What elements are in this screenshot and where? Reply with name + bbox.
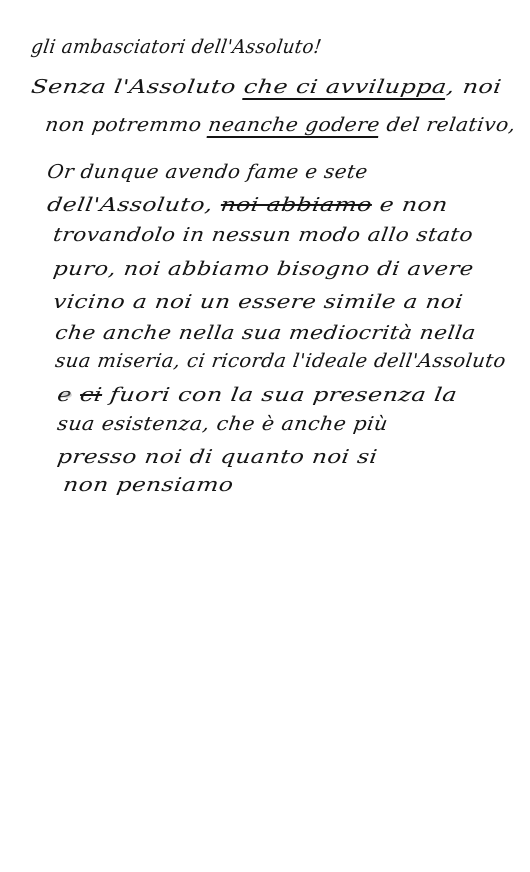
line-text: presso noi di quanto noi si	[56, 446, 379, 468]
underlined-text: neanche godere	[207, 114, 382, 136]
manuscript-line: sua miseria, ci ricorda l'ideale dell'As…	[54, 352, 507, 371]
manuscript-line: Or dunque avendo fame e sete	[46, 163, 369, 182]
line-text: non potremmo	[44, 114, 210, 136]
manuscript-line: gli ambasciatori dell'Assoluto!	[30, 38, 323, 57]
line-text: dell'Assoluto,	[46, 194, 223, 216]
struck-text: noi abbiamo	[219, 194, 373, 216]
line-text: e non	[370, 194, 449, 216]
line-text: vicino a noi un essere simile a noi	[52, 291, 465, 313]
ink-smudge	[62, 392, 72, 398]
line-text: Senza l'Assoluto	[30, 76, 246, 98]
line-text: trovandolo in nessun modo allo stato	[52, 224, 475, 246]
line-text: che anche nella sua mediocrità nella	[54, 322, 478, 344]
manuscript-line: presso noi di quanto noi si	[56, 448, 379, 467]
line-text: del relativo,	[378, 114, 517, 136]
line-text: Or dunque avendo fame e sete	[46, 161, 369, 183]
line-text: , noi	[445, 76, 503, 98]
line-text: gli ambasciatori dell'Assoluto!	[30, 36, 323, 58]
manuscript-line: dell'Assoluto, noi abbiamo e non	[46, 196, 449, 215]
manuscript-page: gli ambasciatori dell'Assoluto!Senza l'A…	[0, 0, 530, 872]
line-text: sua miseria, ci ricorda l'ideale dell'As…	[54, 350, 507, 372]
manuscript-line: puro, noi abbiamo bisogno di avere	[52, 260, 475, 279]
manuscript-line: sua esistenza, che è anche più	[56, 415, 389, 434]
line-text: sua esistenza, che è anche più	[56, 413, 389, 435]
manuscript-line: non pensiamo	[62, 476, 235, 495]
manuscript-line: Senza l'Assoluto che ci avviluppa, noi	[30, 78, 503, 97]
line-text: fuori con la sua presenza la	[101, 384, 459, 406]
line-text: puro, noi abbiamo bisogno di avere	[52, 258, 475, 280]
manuscript-line: e ci fuori con la sua presenza la	[56, 386, 458, 405]
manuscript-line: non potremmo neanche godere del relativo…	[44, 116, 517, 135]
underlined-text: che ci avviluppa	[242, 76, 448, 98]
manuscript-line: vicino a noi un essere simile a noi	[52, 293, 464, 312]
line-text: non pensiamo	[62, 474, 235, 496]
manuscript-line: trovandolo in nessun modo allo stato	[52, 226, 474, 245]
manuscript-line: che anche nella sua mediocrità nella	[54, 324, 477, 343]
